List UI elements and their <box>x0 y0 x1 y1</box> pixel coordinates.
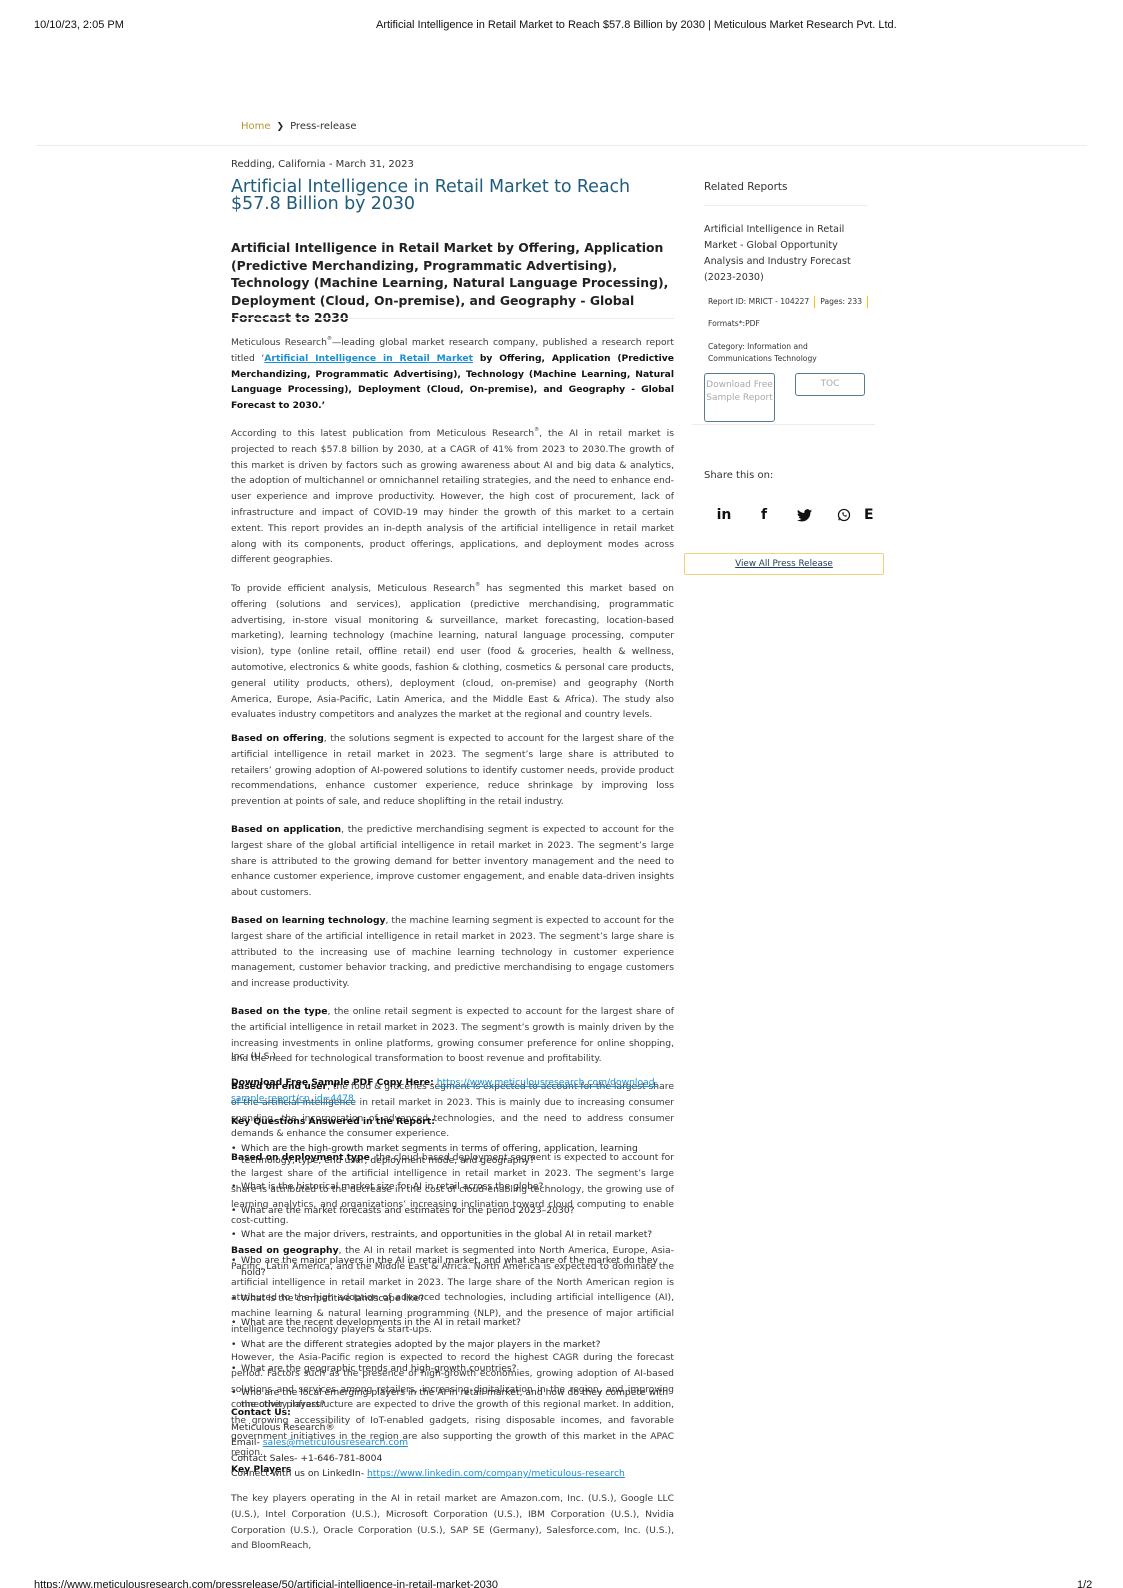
download-sample-button[interactable]: Download Free Sample Report <box>704 373 775 422</box>
dateline: Redding, California - March 31, 2023 <box>231 159 414 170</box>
twitter-icon[interactable] <box>784 506 824 524</box>
contact-company: Meticulous Research® <box>231 1422 674 1433</box>
paragraph-summary: According to this latest publication fro… <box>231 423 674 568</box>
question-item: What are the different strategies adopte… <box>231 1339 684 1351</box>
email-icon[interactable]: E <box>864 506 884 524</box>
contact-heading: Contact Us: <box>231 1407 674 1418</box>
linkedin-link[interactable]: https://www.linkedin.com/company/meticul… <box>367 1468 625 1479</box>
question-item: Who are the major players in the AI in r… <box>231 1255 684 1279</box>
header-divider <box>36 145 1087 146</box>
contact-sales: Contact Sales- +1-646-781-8004 <box>231 1453 674 1464</box>
breadcrumb-current: Press-release <box>290 121 356 132</box>
question-item: What is the competitive landscape like? <box>231 1293 684 1305</box>
question-item: What are the major drivers, restraints, … <box>231 1229 684 1241</box>
subtitle-divider <box>231 318 674 319</box>
key-questions-heading: Key Questions Answered in the Report: <box>231 1116 674 1127</box>
paragraph-segmentation: To provide efficient analysis, Meticulou… <box>231 578 674 723</box>
report-id: Report ID: MRICT - 104227 <box>708 297 809 306</box>
overlay-meta-tail: Inc. (U.S.) <box>231 1051 674 1062</box>
page-title: Artificial Intelligence in Retail Market… <box>231 179 681 213</box>
question-item: What is the historical market size for A… <box>231 1181 684 1193</box>
sidebar-divider <box>692 424 875 425</box>
print-url: https://www.meticulousresearch.com/press… <box>34 1579 498 1588</box>
print-datetime: 10/10/23, 2:05 PM <box>34 19 124 31</box>
share-icons: in f E <box>704 506 884 524</box>
question-item: What are the geographic trends and high-… <box>231 1363 684 1375</box>
facebook-icon[interactable]: f <box>744 506 784 524</box>
question-item: What are the recent developments in the … <box>231 1317 684 1329</box>
contact-linkedin-line: Connect with us on LinkedIn- https://www… <box>231 1468 674 1479</box>
share-label: Share this on: <box>704 470 773 481</box>
report-link[interactable]: Artificial Intelligence in Retail Market <box>264 353 473 364</box>
print-page-number: 1/2 <box>1077 1579 1092 1588</box>
meta-separator <box>867 296 868 308</box>
email-link[interactable]: sales@meticulousresearch.com <box>263 1437 408 1448</box>
download-sample-line: Download Free Sample PDF Copy Here: http… <box>231 1075 674 1107</box>
report-pages: Pages: 233 <box>820 297 862 306</box>
sidebar-divider <box>704 205 867 206</box>
toc-button[interactable]: TOC <box>795 373 865 396</box>
paragraph-offering: Based on offering, the solutions segment… <box>231 731 674 810</box>
related-report-title[interactable]: Artificial Intelligence in Retail Market… <box>704 222 854 286</box>
meta-separator <box>814 296 815 308</box>
question-item: Which are the high-growth market segment… <box>231 1143 684 1167</box>
whatsapp-icon[interactable] <box>824 506 864 524</box>
chevron-right-icon: ❯ <box>277 122 285 132</box>
print-doc-title: Artificial Intelligence in Retail Market… <box>376 19 897 31</box>
paragraph-key-players: The key players operating in the AI in r… <box>231 1491 674 1554</box>
breadcrumb: Home ❯ Press-release <box>241 121 356 132</box>
contact-email-line: Email- sales@meticulousresearch.com <box>231 1437 674 1448</box>
report-meta: Report ID: MRICT - 104227Pages: 233 <box>708 296 873 308</box>
intro-paragraph: Meticulous Research®—leading global mark… <box>231 332 674 414</box>
paragraph-learning-technology: Based on learning technology, the machin… <box>231 913 674 992</box>
question-item: What are the market forecasts and estima… <box>231 1205 684 1217</box>
view-all-press-release-button[interactable]: View All Press Release <box>684 553 884 575</box>
report-category: Category: Information and Communications… <box>708 341 848 365</box>
page-subtitle: Artificial Intelligence in Retail Market… <box>231 239 671 327</box>
related-reports-heading: Related Reports <box>704 181 788 193</box>
breadcrumb-home-link[interactable]: Home <box>241 121 271 132</box>
report-formats: Formats*:PDF <box>708 319 760 328</box>
paragraph-application: Based on application, the predictive mer… <box>231 822 674 901</box>
linkedin-icon[interactable]: in <box>704 506 744 524</box>
